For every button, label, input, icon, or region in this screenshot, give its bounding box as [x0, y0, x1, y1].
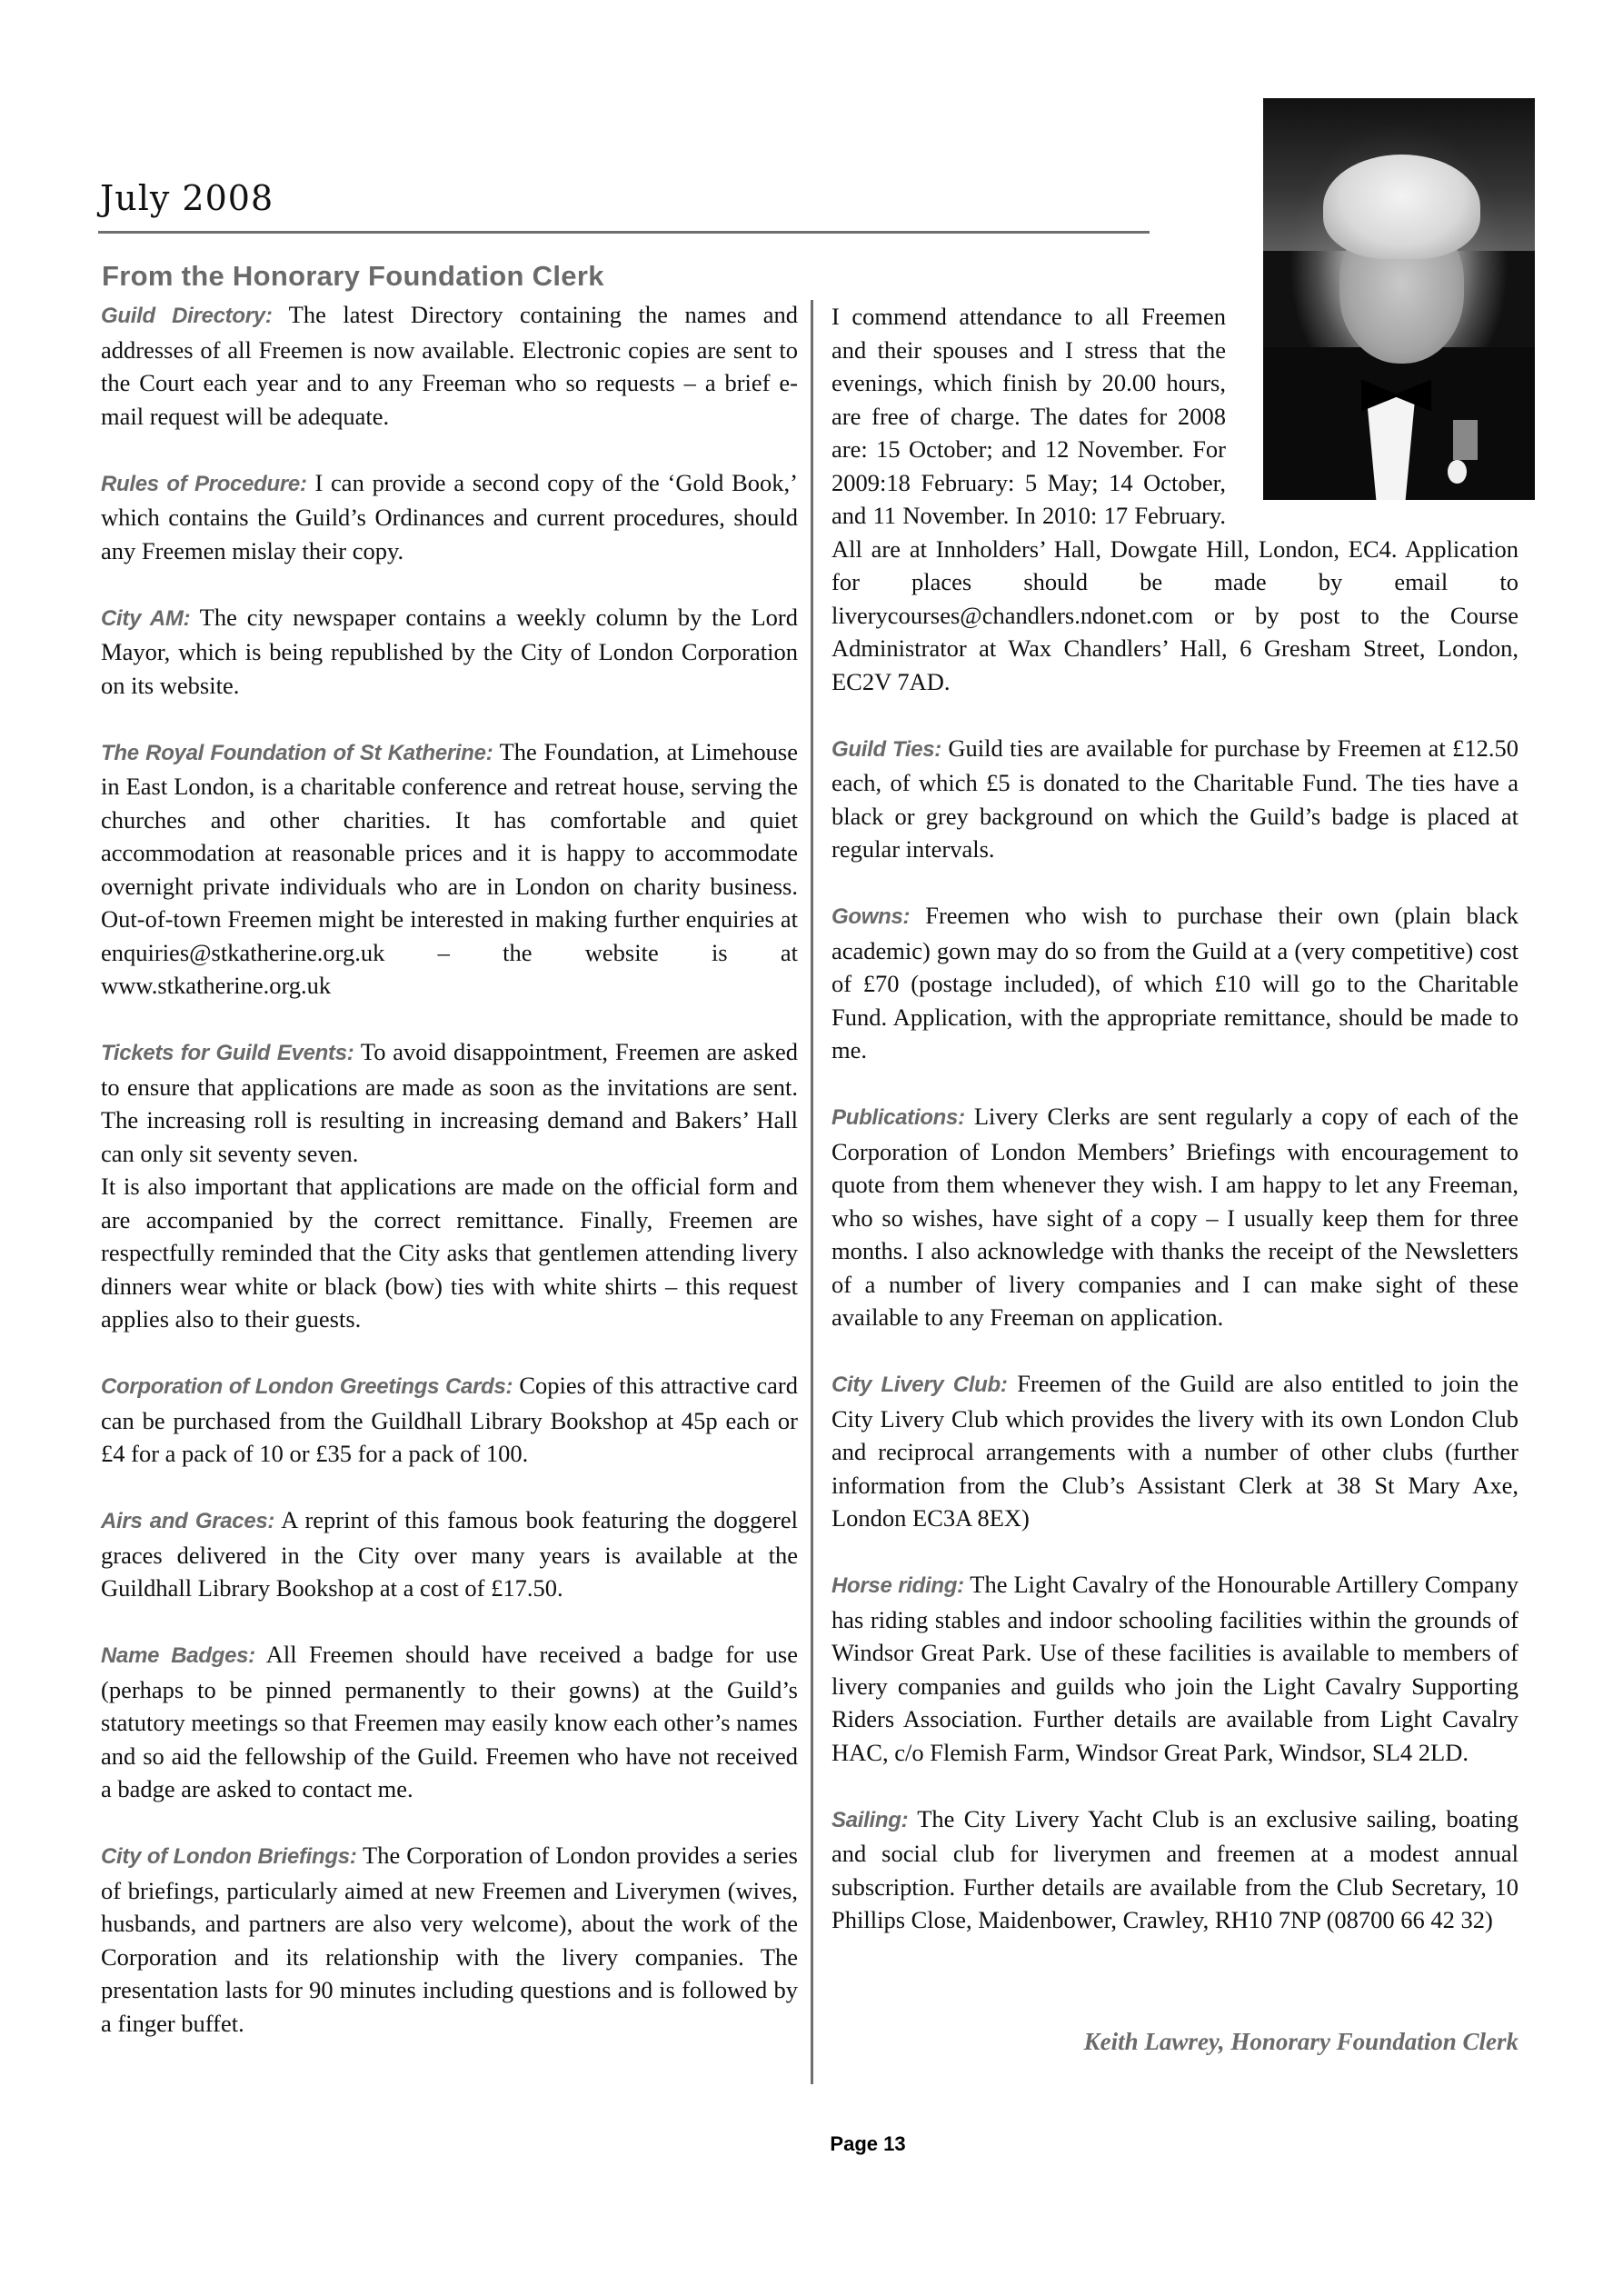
section-name-badges: Name Badges: All Freemen should have rec…: [101, 1638, 798, 1806]
left-column: Guild Directory: The latest Directory co…: [101, 298, 798, 2073]
section-label: Guild Ties:: [831, 737, 941, 762]
column-divider: [811, 300, 813, 2084]
newsletter-page: July 2008 From the Honorary Foundation C…: [0, 0, 1623, 2296]
section-label: The Royal Foundation of St Katherine:: [101, 741, 493, 765]
section-airs-and-graces: Airs and Graces: A reprint of this famou…: [101, 1503, 798, 1605]
section-label: City AM:: [101, 606, 190, 631]
section-label: Rules of Procedure:: [101, 472, 307, 496]
section-tickets: Tickets for Guild Events: To avoid disap…: [101, 1035, 798, 1170]
section-city-livery-club: City Livery Club: Freemen of the Guild a…: [831, 1367, 1518, 1535]
page-number: Page 13: [0, 2132, 1623, 2156]
section-body: The Foundation, at Limehouse in East Lon…: [101, 738, 798, 1000]
section-body: It is also important that applications a…: [101, 1173, 798, 1333]
section-horse-riding: Horse riding: The Light Cavalry of the H…: [831, 1568, 1518, 1769]
section-body: Livery Clerks are sent regularly a copy …: [831, 1103, 1518, 1331]
section-label: Publications:: [831, 1105, 965, 1130]
section-body: Freemen who wish to purchase their own (…: [831, 902, 1518, 1063]
section-body: The Corporation of London provides a ser…: [101, 1842, 798, 2037]
section-body: The Light Cavalry of the Honourable Arti…: [831, 1571, 1518, 1766]
right-column: I commend attendance to all Freemen and …: [831, 300, 1518, 1970]
issue-date: July 2008: [100, 171, 274, 225]
section-label: Sailing:: [831, 1808, 908, 1832]
section-publications: Publications: Livery Clerks are sent reg…: [831, 1100, 1518, 1334]
section-city-briefings: City of London Briefings: The Corporatio…: [101, 1839, 798, 2040]
section-label: Airs and Graces:: [101, 1509, 274, 1533]
section-body: The city newspaper contains a weekly col…: [101, 604, 798, 699]
section-greetings-cards: Corporation of London Greetings Cards: C…: [101, 1369, 798, 1471]
section-label: Tickets for Guild Events:: [101, 1041, 353, 1065]
header-rule: [98, 231, 1150, 234]
section-body: The City Livery Yacht Club is an exclusi…: [831, 1805, 1518, 1934]
section-gowns: Gowns: Freemen who wish to purchase thei…: [831, 899, 1518, 1067]
section-label: City Livery Club:: [831, 1373, 1008, 1397]
section-royal-foundation: The Royal Foundation of St Katherine: Th…: [101, 735, 798, 1003]
photo-wrap-spacer: [1246, 300, 1518, 509]
section-label: Name Badges:: [101, 1643, 255, 1668]
section-sailing: Sailing: The City Livery Yacht Club is a…: [831, 1802, 1518, 1937]
section-rules-of-procedure: Rules of Procedure: I can provide a seco…: [101, 466, 798, 568]
author-signature: Keith Lawrey, Honorary Foundation Clerk: [831, 2023, 1518, 2060]
section-label: City of London Briefings:: [101, 1844, 357, 1869]
section-guild-ties: Guild Ties: Guild ties are available for…: [831, 732, 1518, 866]
photo-hair: [1323, 155, 1480, 259]
section-label: Horse riding:: [831, 1573, 964, 1598]
section-guild-directory: Guild Directory: The latest Directory co…: [101, 298, 798, 433]
section-label: Corporation of London Greetings Cards:: [101, 1374, 513, 1399]
section-city-am: City AM: The city newspaper contains a w…: [101, 601, 798, 703]
section-tickets-continued: It is also important that applications a…: [101, 1170, 798, 1336]
section-label: Gowns:: [831, 904, 910, 929]
article-title: From the Honorary Foundation Clerk: [102, 258, 604, 294]
section-label: Guild Directory:: [101, 304, 273, 328]
